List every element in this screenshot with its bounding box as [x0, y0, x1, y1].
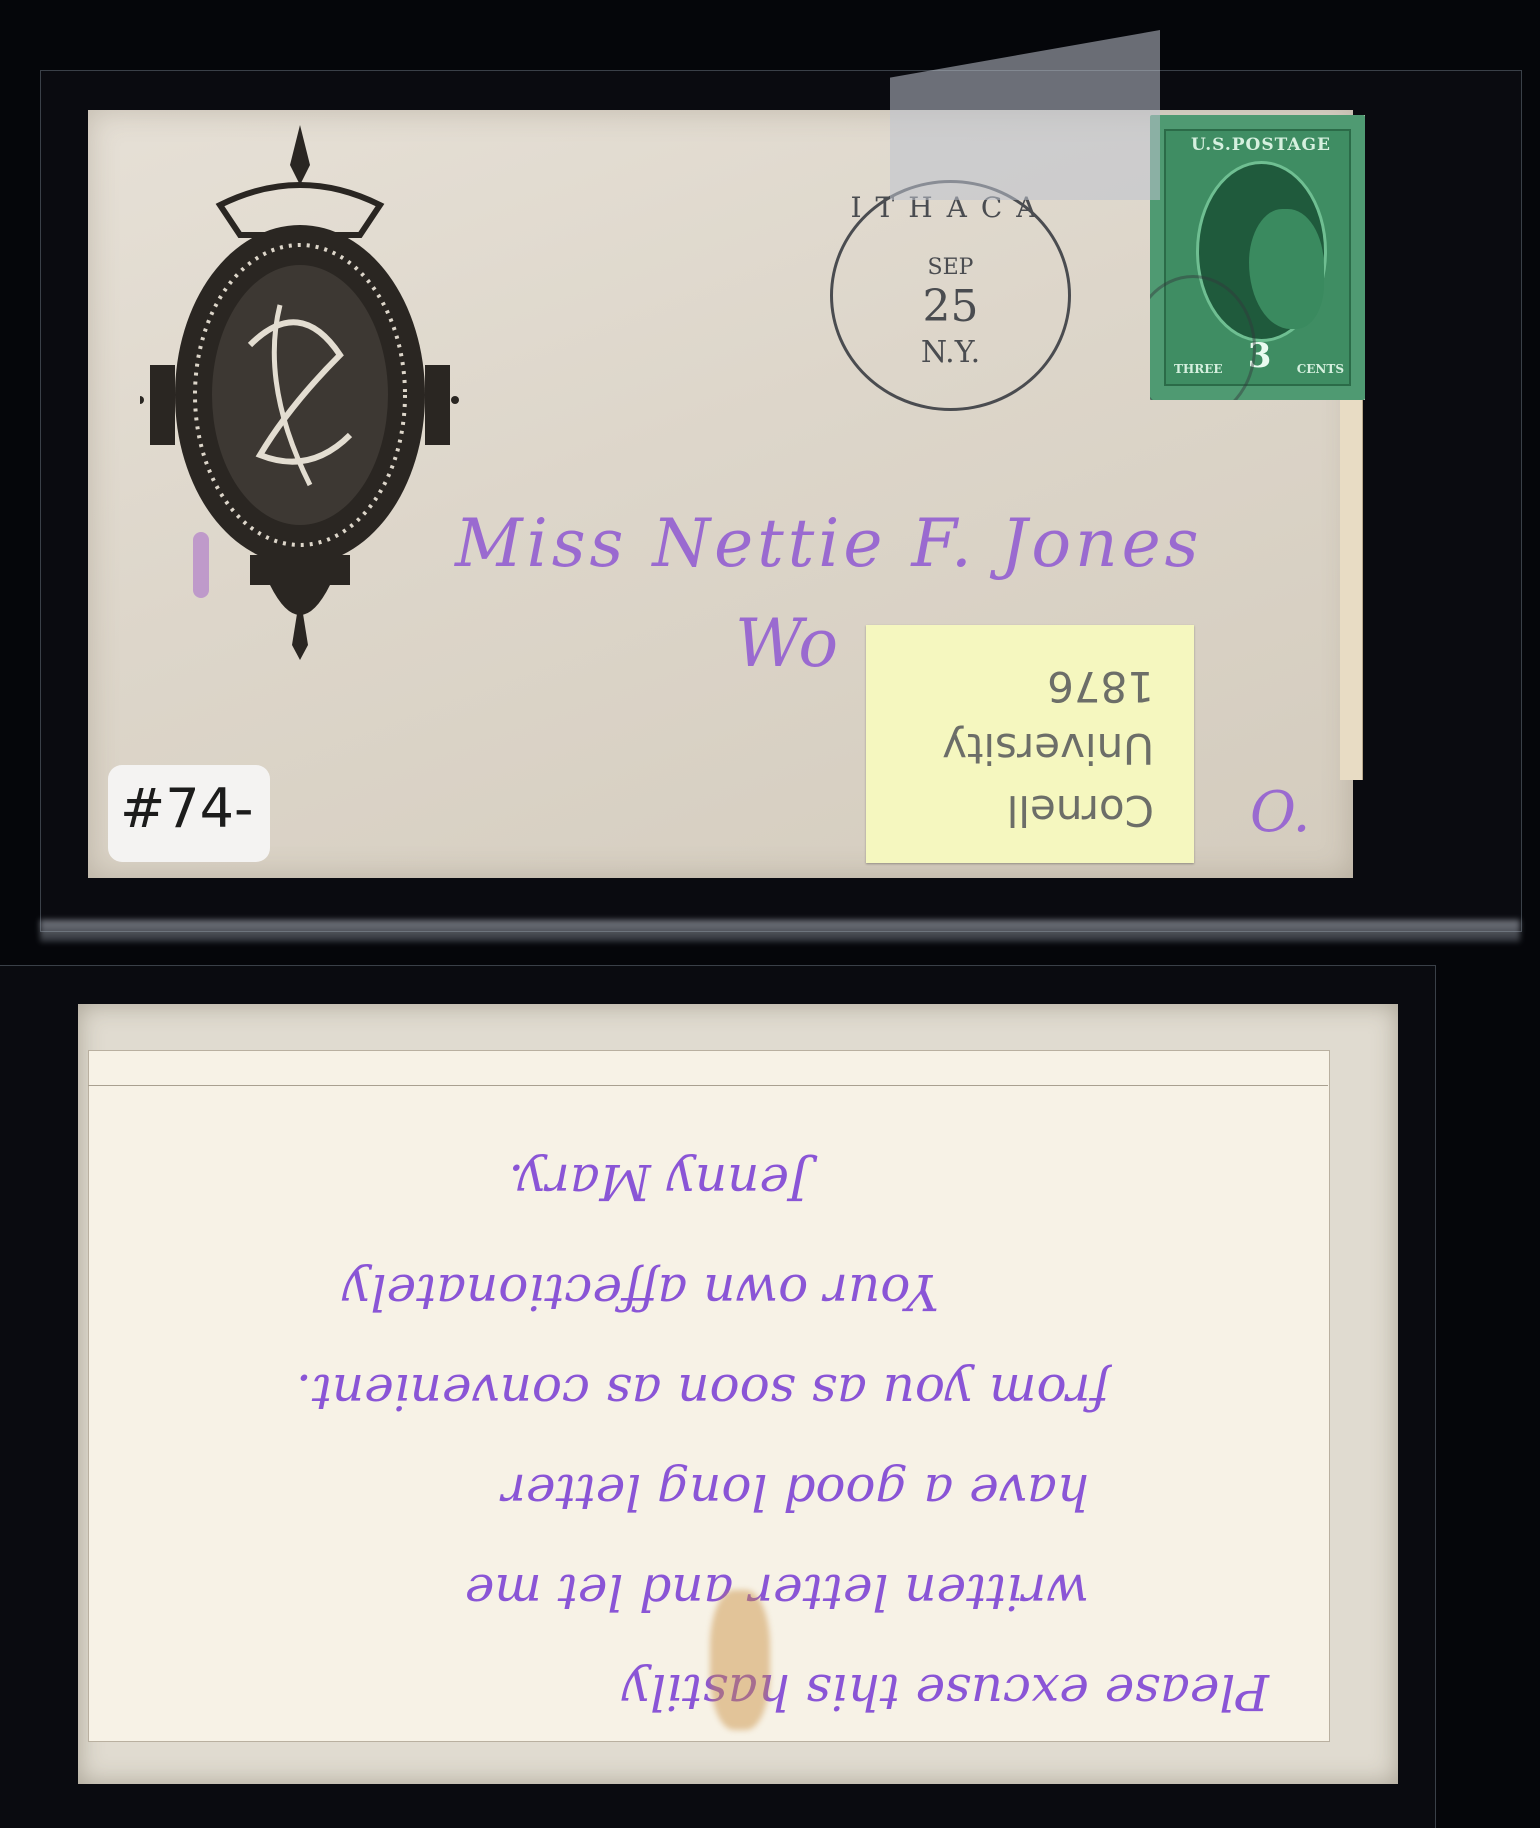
letter-line: from you as soon as convenient. — [296, 1363, 1109, 1421]
address-name: Miss Nettie F. Jones — [455, 505, 1203, 582]
letter-sheet: Please excuse this hastily written lette… — [88, 1050, 1330, 1742]
sticky-note-text: Cornell University 1876 — [866, 625, 1194, 863]
postmark-day: 25 — [833, 281, 1068, 332]
note-line: Cornell — [906, 779, 1154, 841]
sleeve-glare — [40, 920, 1520, 942]
letter-line: have a good long letter — [502, 1463, 1089, 1521]
letter-line: Your own affectionately — [342, 1263, 939, 1321]
postage-stamp: U.S.POSTAGE THREE 3 CENTS — [1150, 115, 1365, 400]
letter-fold-line — [88, 1085, 1328, 1086]
letter-line: written letter and let me — [465, 1563, 1089, 1621]
letter-text: Please excuse this hastily written lette… — [89, 1051, 1329, 1741]
portrait-icon — [1249, 209, 1324, 329]
sleeve-tape — [890, 30, 1160, 200]
stamp-right-text: CENTS — [1297, 362, 1344, 376]
price-tag: #74- — [108, 765, 270, 862]
letter-signature: Jenny Mary. — [508, 1153, 809, 1211]
postmark: ITHACA SEP 25 N.Y. — [830, 180, 1071, 411]
monogram-ornament-icon — [140, 125, 460, 665]
note-line: University — [906, 717, 1154, 779]
stamp-top-text: U.S.POSTAGE — [1176, 135, 1346, 155]
price-tag-text: #74- — [120, 777, 253, 840]
note-line: 1876 — [906, 655, 1154, 717]
postmark-month: SEP — [833, 255, 1068, 280]
address-state: O. — [1250, 780, 1310, 845]
stain-spot — [710, 1590, 770, 1730]
postmark-state: N.Y. — [833, 335, 1068, 370]
sticky-note: Cornell University 1876 — [866, 625, 1194, 863]
address-city: Wo — [735, 605, 838, 682]
ink-smudge — [193, 532, 209, 598]
